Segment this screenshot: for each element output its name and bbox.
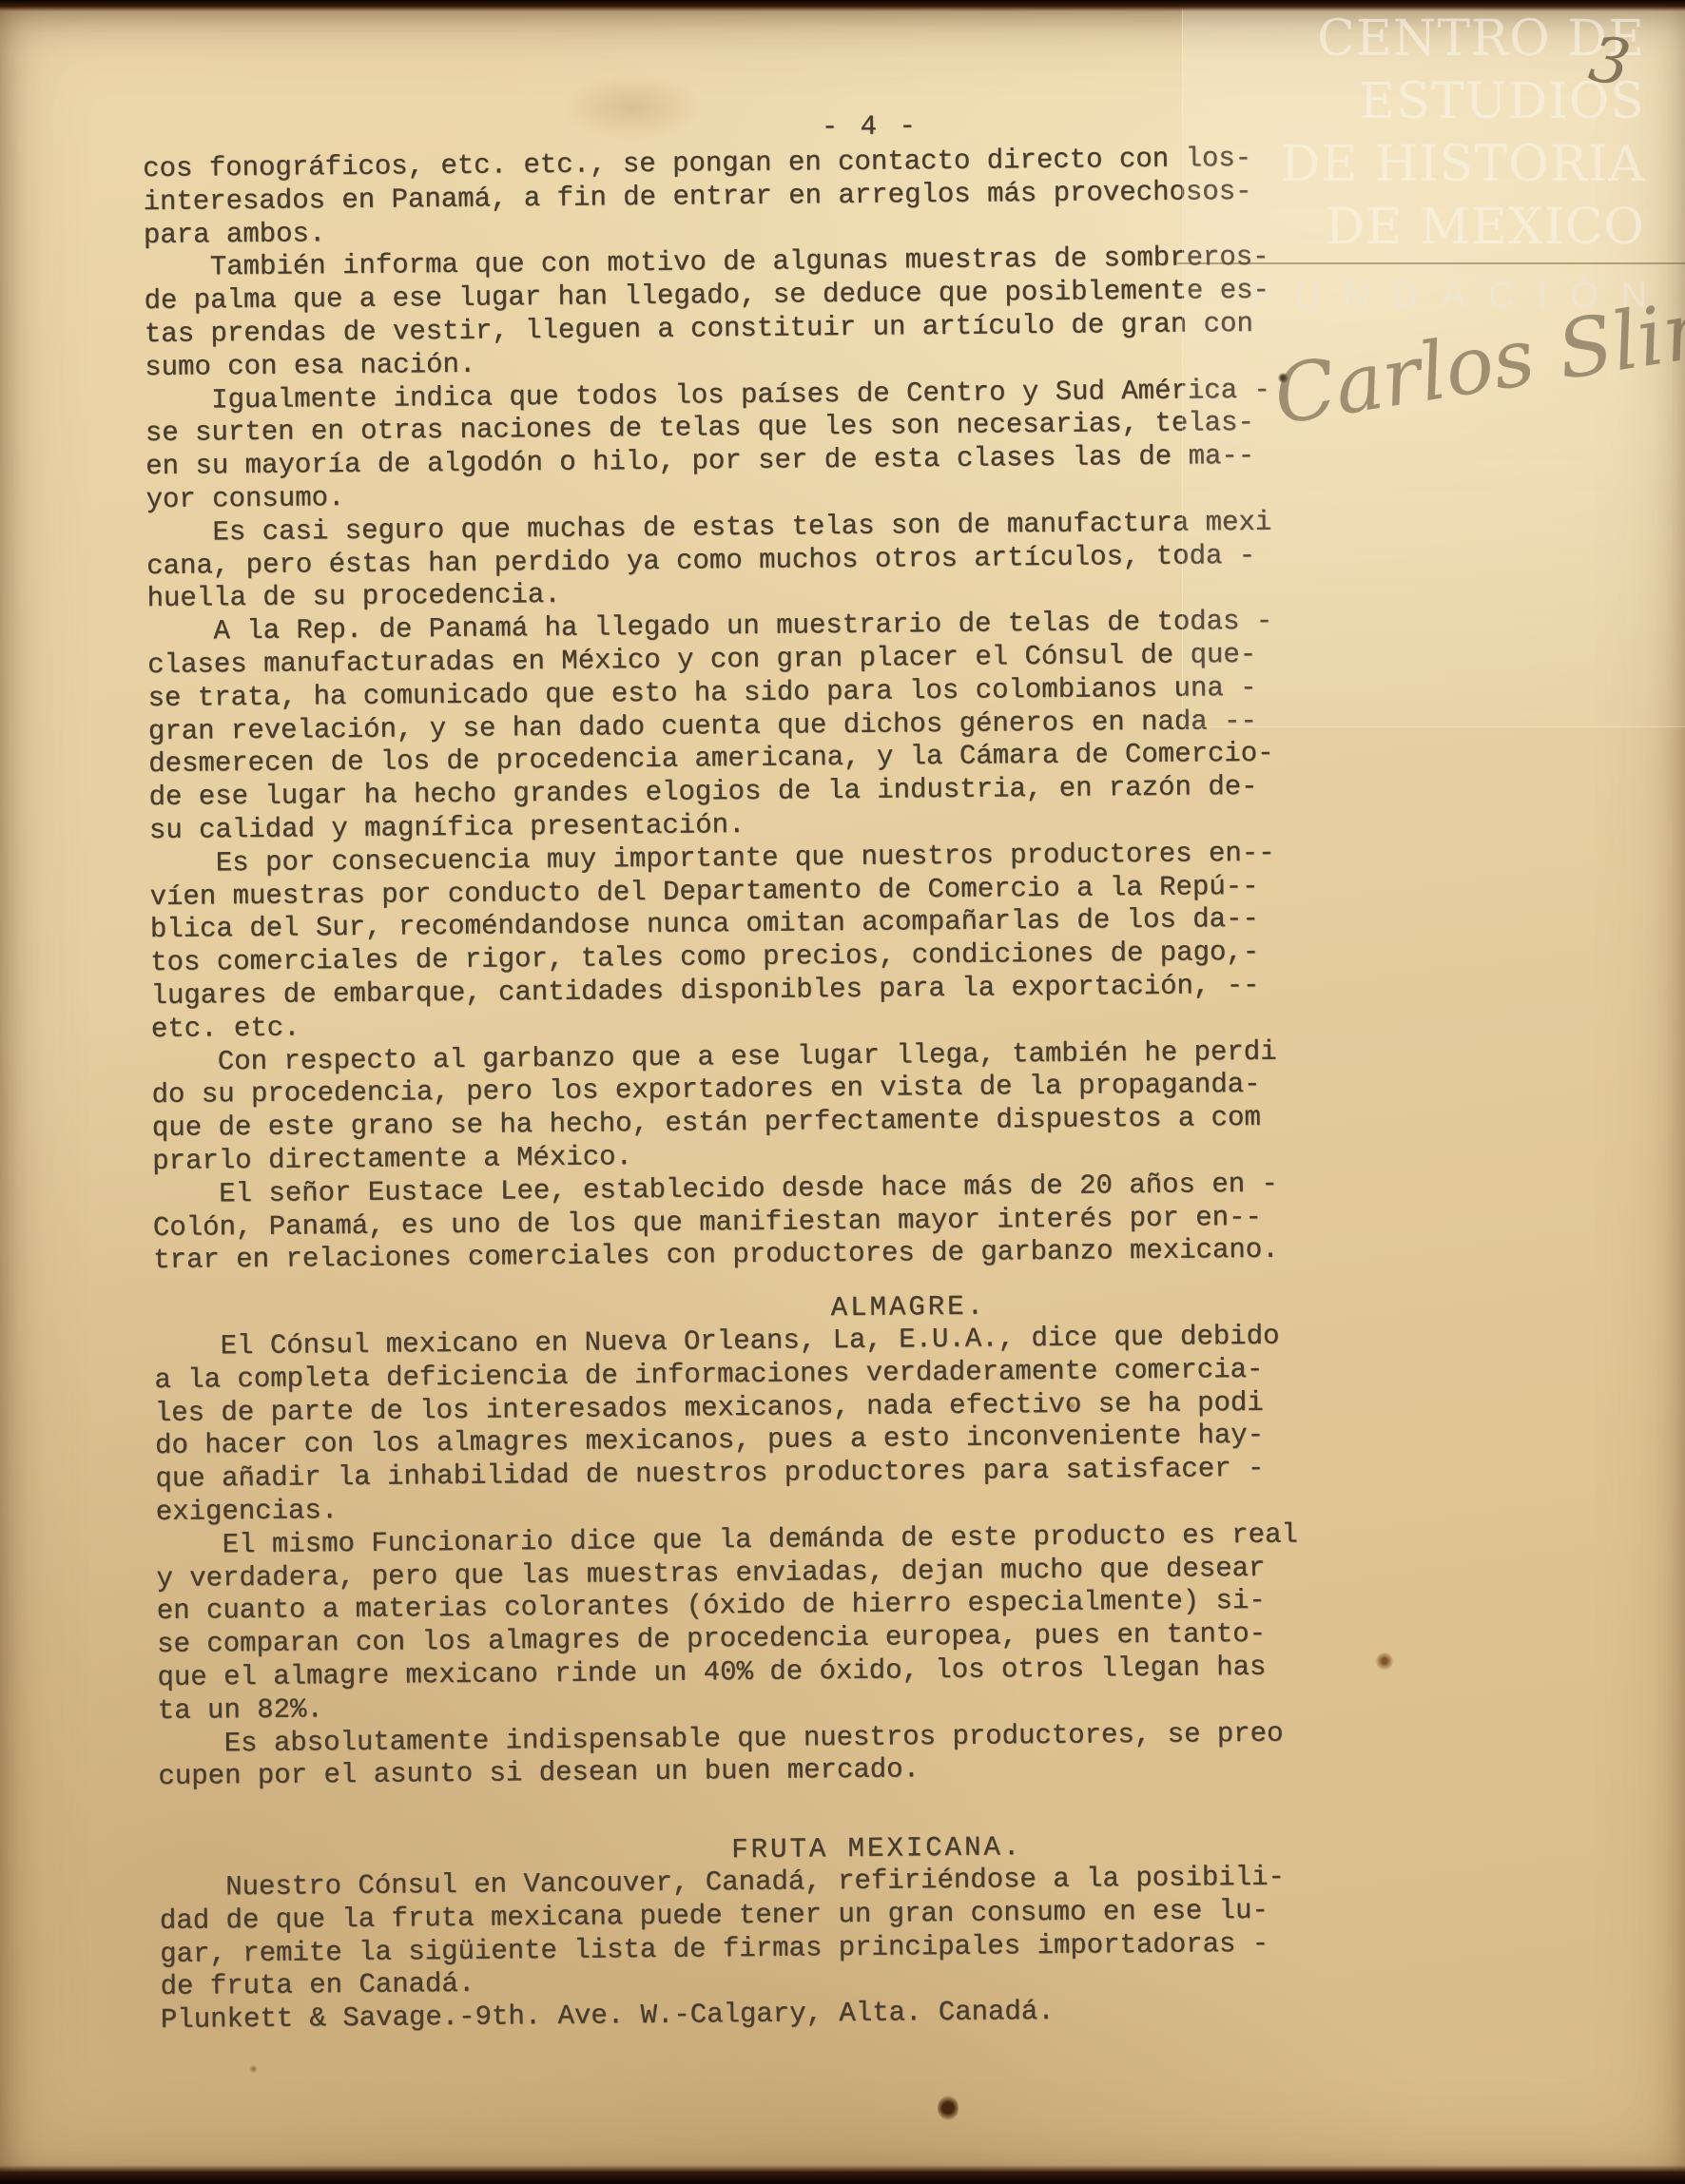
almagre-text-column: El Cónsul mexicano en Nueva Orleans, La,…	[154, 1320, 1300, 1794]
scan-edge-top	[0, 0, 1685, 11]
section-heading-almagre: ALMAGRE.	[831, 1291, 987, 1324]
watermark-title: CENTRO DE ESTUDIOS DE HISTORIA DE MEXICO	[1281, 8, 1645, 259]
body-text-column: cos fonográficos, etc. etc., se pongan e…	[143, 143, 1279, 1278]
watermark-line: DE HISTORIA	[1281, 133, 1645, 196]
watermark-line: DE MEXICO	[1281, 196, 1645, 259]
watermark-divider-line	[1177, 262, 1685, 264]
scanned-document-page: - 4 - cos fonográficos, etc. etc., se po…	[0, 0, 1685, 2184]
scan-edge-bottom	[0, 2165, 1685, 2184]
page-number: - 4 -	[822, 110, 919, 143]
fruta-text-column: Nuestro Cónsul en Vancouver, Canadá, ref…	[159, 1862, 1286, 2038]
section-heading-fruta-mexicana: FRUTA MEXICANA.	[731, 1831, 1022, 1865]
